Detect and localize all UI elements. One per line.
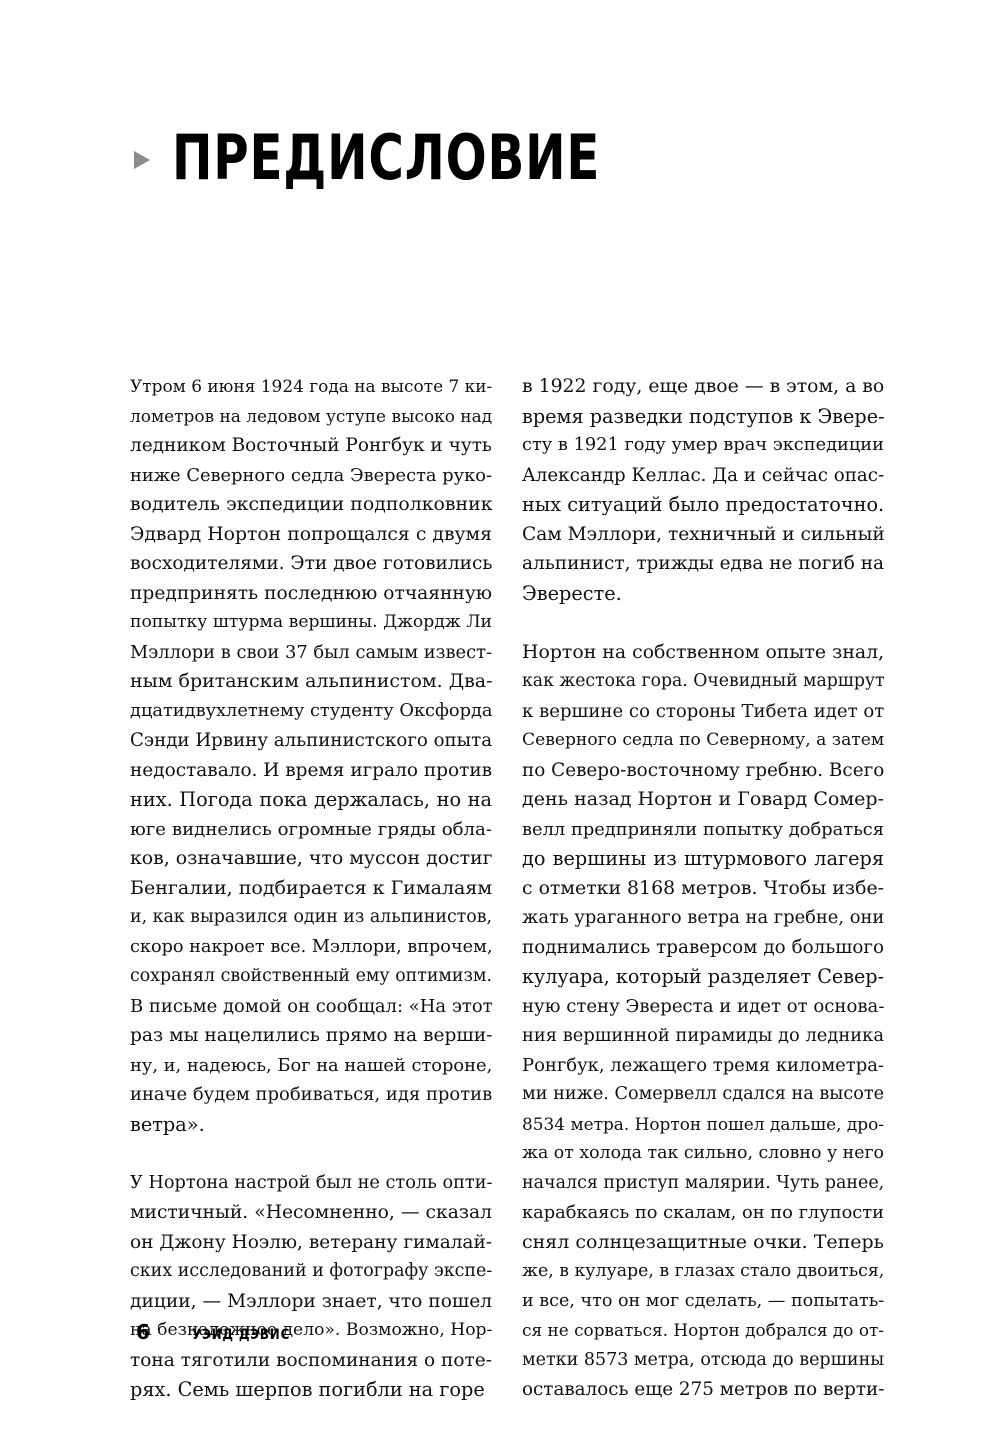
text-line: оставалось еще 275 метров по верти-	[522, 1375, 884, 1405]
text-line: ских исследований и фотографу экспе-	[130, 1257, 492, 1287]
text-line: В письме домой он сообщал: «На этот	[130, 992, 492, 1022]
paragraph-gap	[522, 608, 884, 638]
text-line: Утром 6 июня 1924 года на высоте 7 ки-	[130, 372, 492, 402]
text-line: Бенгалии, подбирается к Гималаям	[130, 874, 492, 904]
text-line: раз мы нацелились прямо на верши-	[130, 1021, 492, 1051]
text-line: ния вершинной пирамиды до ледника	[522, 1021, 884, 1051]
text-line: время разведки подступов к Эвере-	[522, 402, 884, 432]
text-line: по Северо-восточному гребню. Всего	[522, 756, 884, 786]
text-line: них. Погода пока держалась, но на	[130, 785, 492, 815]
book-page: ПРЕДИСЛОВИЕ Утром 6 июня 1924 года на вы…	[0, 0, 986, 1447]
text-line: мистичный. «Несомненно, — сказал	[130, 1198, 492, 1228]
paragraph-gap	[130, 1139, 492, 1169]
chapter-title: ПРЕДИСЛОВИЕ	[172, 118, 600, 198]
text-line: сохранял свойственный ему оптимизм.	[130, 962, 492, 992]
text-line: жать ураганного ветра на гребне, они	[522, 903, 884, 933]
text-line: кулуара, который разделяет Север-	[522, 962, 884, 992]
text-line: начался приступ малярии. Чуть ранее,	[522, 1169, 884, 1199]
text-line: к вершине со стороны Тибета идет от	[522, 697, 884, 727]
text-line: с отметки 8168 метров. Чтобы избе-	[522, 874, 884, 904]
text-line: дцатидвухлетнему студенту Оксфорда	[130, 697, 492, 727]
text-line: ся не сорваться. Нортон добрался до от-	[522, 1316, 884, 1346]
text-line: велл предприняли попытку добраться	[522, 815, 884, 845]
text-line: ных ситуаций было предостаточно.	[522, 490, 884, 520]
text-line: недоставало. И время играло против	[130, 756, 492, 786]
text-line: в 1922 году, еще двое — в этом, а во	[522, 372, 884, 402]
text-line: У Нортона настрой был не столь опти-	[130, 1169, 492, 1199]
left-text-column: Утром 6 июня 1924 года на высоте 7 ки-ло…	[130, 372, 492, 1405]
paragraph: Нортон на собственном опыте знал,как жес…	[522, 638, 884, 1405]
text-line: снял солнцезащитные очки. Теперь	[522, 1228, 884, 1258]
text-line: рях. Семь шерпов погибли на горе	[130, 1375, 492, 1405]
text-line: Эдвард Нортон попрощался с двумя	[130, 520, 492, 550]
text-line: Эвересте.	[522, 579, 884, 609]
text-line: Сэнди Ирвину альпинистского опыта	[130, 726, 492, 756]
paragraph: в 1922 году, еще двое — в этом, а воврем…	[522, 372, 884, 608]
paragraph: Утром 6 июня 1924 года на высоте 7 ки-ло…	[130, 372, 492, 1139]
page-footer: 6 УЭЙД ДЭВИС	[136, 1320, 308, 1344]
text-line: диции, — Мэллори знает, что пошел	[130, 1287, 492, 1317]
text-line: Ронгбук, лежащего тремя километра-	[522, 1051, 884, 1081]
text-line: ную стену Эвереста и идет от основа-	[522, 992, 884, 1022]
text-line: альпинист, трижды едва не погиб на	[522, 549, 884, 579]
text-line: он Джону Ноэлю, ветерану гималай-	[130, 1228, 492, 1258]
paragraph: У Нортона настрой был не столь опти-мист…	[130, 1169, 492, 1405]
triangle-right-icon	[134, 151, 150, 169]
text-line: юге виднелись огромные гряды обла-	[130, 815, 492, 845]
text-line: карабкаясь по скалам, он по глупости	[522, 1198, 884, 1228]
text-line: Северного седла по Северному, а затем	[522, 726, 884, 756]
text-line: скоро накроет все. Мэллори, впрочем,	[130, 933, 492, 963]
text-line: ков, означавшие, что муссон достиг	[130, 844, 492, 874]
text-line: 8534 метра. Нортон пошел дальше, дро-	[522, 1110, 884, 1140]
running-author: УЭЙД ДЭВИС	[192, 1327, 290, 1343]
text-line: же, в кулуаре, в глазах стало двоиться,	[522, 1257, 884, 1287]
text-line: ниже Северного седла Эвереста руко-	[130, 461, 492, 491]
chapter-heading: ПРЕДИСЛОВИЕ	[134, 118, 721, 198]
text-line: и все, что он мог сделать, — попытать-	[522, 1287, 884, 1317]
text-line: поднимались траверсом до большого	[522, 933, 884, 963]
text-line: ну, и, надеюсь, Бог на нашей стороне,	[130, 1051, 492, 1081]
text-line: водитель экспедиции подполковник	[130, 490, 492, 520]
text-line: ветра».	[130, 1110, 492, 1140]
text-line: ми ниже. Сомервелл сдался на высоте	[522, 1080, 884, 1110]
text-line: попытку штурма вершины. Джордж Ли	[130, 608, 492, 638]
text-line: предпринять последнюю отчаянную	[130, 579, 492, 609]
text-line: до вершины из штурмового лагеря	[522, 844, 884, 874]
text-line: иначе будем пробиваться, идя против	[130, 1080, 492, 1110]
text-line: ледником Восточный Ронгбук и чуть	[130, 431, 492, 461]
text-line: как жестока гора. Очевидный маршрут	[522, 667, 884, 697]
text-line: метки 8573 метра, отсюда до вершины	[522, 1346, 884, 1376]
text-line: сту в 1921 году умер врач экспедиции	[522, 431, 884, 461]
text-line: восходителями. Эти двое готовились	[130, 549, 492, 579]
text-line: ным британским альпинистом. Два-	[130, 667, 492, 697]
text-line: Сам Мэллори, техничный и сильный	[522, 520, 884, 550]
page-number: 6	[136, 1320, 192, 1344]
right-text-column: в 1922 году, еще двое — в этом, а воврем…	[522, 372, 884, 1405]
text-line: день назад Нортон и Говард Сомер-	[522, 785, 884, 815]
text-line: Мэллори в свои 37 был самым извест-	[130, 638, 492, 668]
text-line: Нортон на собственном опыте знал,	[522, 638, 884, 668]
text-line: и, как выразился один из альпинистов,	[130, 903, 492, 933]
text-line: жа от холода так сильно, словно у него	[522, 1139, 884, 1169]
text-line: лометров на ледовом уступе высоко над	[130, 402, 492, 432]
text-line: Александр Келлас. Да и сейчас опас-	[522, 461, 884, 491]
text-line: тона тяготили воспоминания о поте-	[130, 1346, 492, 1376]
